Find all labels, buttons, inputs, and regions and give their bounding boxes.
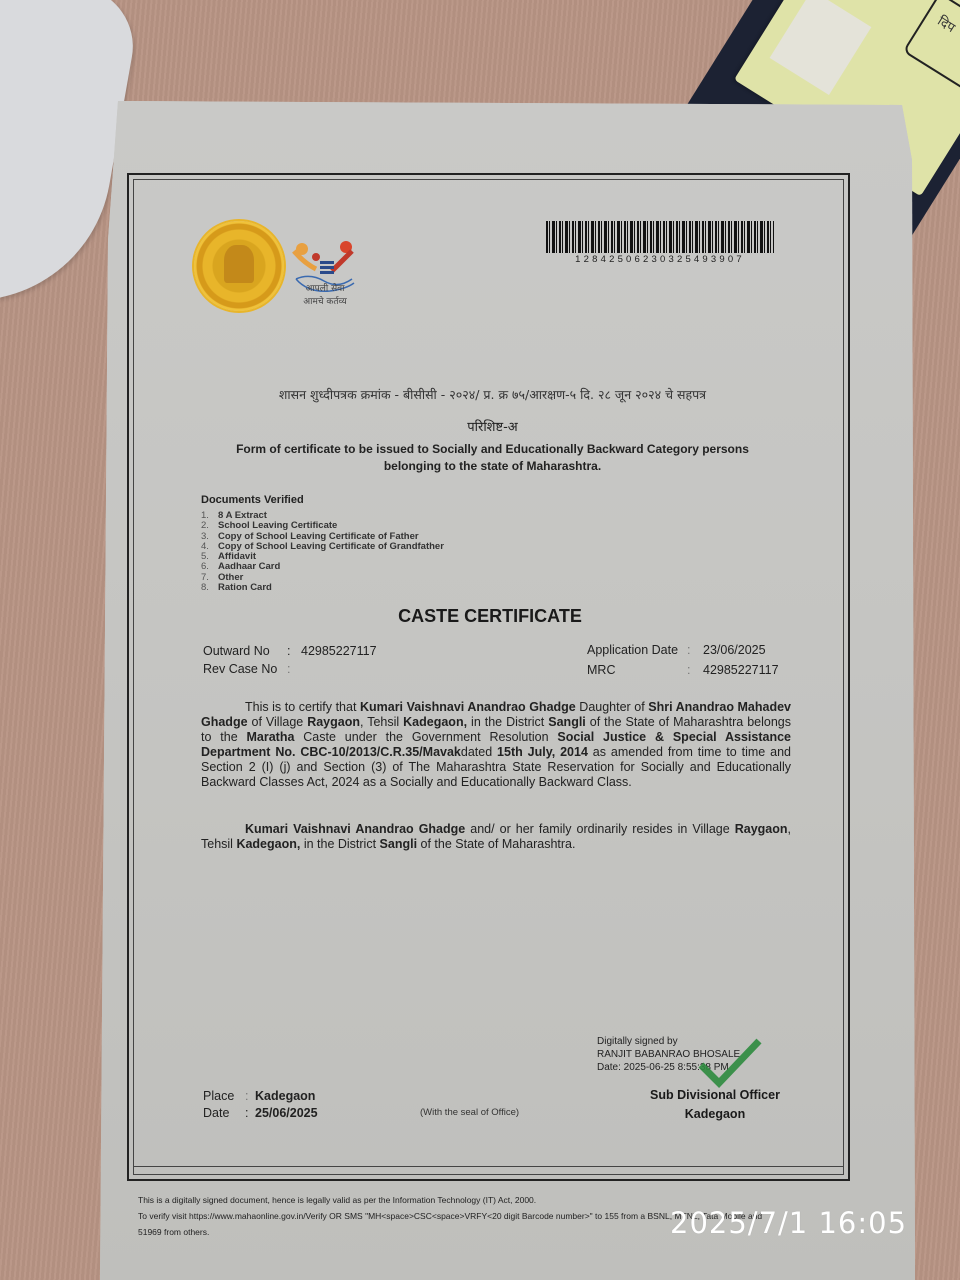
verification-footer: This is a digitally signed document, hen… <box>138 1192 762 1240</box>
caste-name: Maratha <box>247 730 295 744</box>
rev-case-no: Rev Case No: <box>203 662 301 676</box>
photo-timestamp: 2025/7/1 16:05 <box>670 1206 907 1240</box>
residence-paragraph: Kumari Vaishnavi Anandrao Ghadge and/ or… <box>201 822 791 852</box>
government-resolution-reference: शासन शुध्दीपत्रक क्रमांक - बीसीसी - २०२४… <box>200 386 785 403</box>
place-and-date: Place:Kadegaon Date:25/06/2025 <box>203 1088 318 1122</box>
issuing-officer: Sub Divisional Officer Kadegaon <box>640 1086 790 1124</box>
appendix-title: परिशिष्ट-अ <box>200 417 785 435</box>
date-value: 25/06/2025 <box>255 1106 318 1120</box>
barcode-number: 12842506230325493907 <box>546 254 774 265</box>
documents-verified-list: 1.8 A Extract2.School Leaving Certificat… <box>201 511 444 593</box>
outward-no: Outward No:42985227117 <box>203 644 377 658</box>
service-logo-tagline: आपली सेवा आमचे कर्तव्य <box>290 283 360 309</box>
certificate-border <box>127 173 850 1181</box>
seal-note: (With the seal of Office) <box>420 1107 519 1118</box>
outward-no-value: 42985227117 <box>301 644 377 658</box>
place-value: Kadegaon <box>255 1089 315 1103</box>
candidate-name: Kumari Vaishnavi Anandrao Ghadge <box>360 700 576 714</box>
application-date: Application Date:23/06/2025 <box>587 643 766 657</box>
documents-verified-heading: Documents Verified <box>201 494 304 506</box>
certificate-title: CASTE CERTIFICATE <box>200 606 780 627</box>
mrc: MRC:42985227117 <box>587 663 779 677</box>
maharashtra-government-seal-icon <box>194 221 284 311</box>
mrc-value: 42985227117 <box>703 663 779 677</box>
application-date-value: 23/06/2025 <box>703 643 766 657</box>
green-check-icon <box>695 1035 765 1090</box>
file-label-text: दिप <box>935 14 958 36</box>
certification-paragraph: This is to certify that Kumari Vaishnavi… <box>201 700 791 790</box>
barcode <box>546 221 774 253</box>
form-title: Form of certificate to be issued to Soci… <box>205 441 780 475</box>
document-item: 8.Ration Card <box>201 583 444 593</box>
certificate-page: आपली सेवा आमचे कर्तव्य 12842506230325493… <box>0 0 960 1280</box>
